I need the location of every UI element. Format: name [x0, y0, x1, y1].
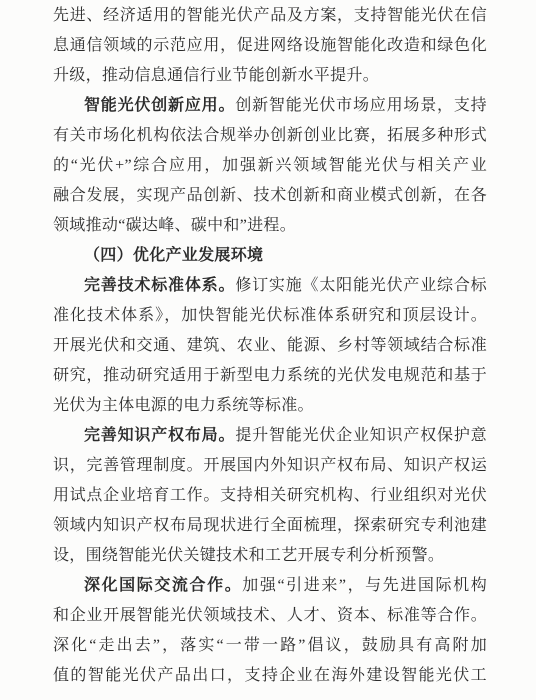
- text-line: 光伏为主体电源的电力系统等标准。: [53, 391, 487, 421]
- line-text: 先进、经济适用的智能光伏产品及方案，支持智能光伏在信: [53, 7, 487, 24]
- line-text: 用试点企业培育工作。支持相关研究机构、行业组织对光伏: [53, 487, 487, 504]
- text-line: 值的智能光伏产品出口，支持企业在海外建设智能光伏工: [53, 661, 487, 691]
- line-text: 修订实施《太阳能光伏产业综合标: [235, 277, 487, 294]
- text-line: 有关市场化机构依法合规举办创新创业比赛，拓展多种形式: [53, 121, 487, 151]
- line-text: 领域推动“碳达峰、碳中和”进程。: [53, 217, 296, 234]
- document-page: 先进、经济适用的智能光伏产品及方案，支持智能光伏在信 息通信领域的示范应用，促进…: [0, 0, 536, 700]
- line-text: 融合发展，实现产品创新、技术创新和商业模式创新，在各: [53, 187, 487, 204]
- text-line: 用试点企业培育工作。支持相关研究机构、行业组织对光伏: [53, 481, 487, 511]
- text-line: 开展光伏和交通、建筑、农业、能源、乡村等领域结合标准: [53, 331, 487, 361]
- text-line: 研究，推动研究适用于新型电力系统的光伏发电规范和基于: [53, 361, 487, 391]
- paragraph-first-line: 完善知识产权布局。提升智能光伏企业知识产权保护意: [53, 421, 487, 451]
- paragraph-first-line: 完善技术标准体系。修订实施《太阳能光伏产业综合标: [53, 271, 487, 301]
- paragraph-lead-bold: 完善知识产权布局。: [84, 427, 235, 444]
- line-text: 提升智能光伏企业知识产权保护意: [235, 427, 487, 444]
- line-text: 的“光伏+”综合应用，加强新兴领域智能光伏与相关产业: [53, 157, 487, 174]
- text-line: 融合发展，实现产品创新、技术创新和商业模式创新，在各: [53, 181, 487, 211]
- line-text: 有关市场化机构依法合规举办创新创业比赛，拓展多种形式: [53, 127, 487, 144]
- text-line: 的“光伏+”综合应用，加强新兴领域智能光伏与相关产业: [53, 151, 487, 181]
- line-text: 识，完善管理制度。开展国内外知识产权布局、知识产权运: [53, 457, 487, 474]
- line-text: 领域内知识产权布局现状进行全面梳理，探索研究专利池建: [53, 517, 487, 534]
- line-text: 深化“走出去”，落实“一带一路”倡议，鼓励具有高附加: [53, 637, 487, 654]
- text-line: 识，完善管理制度。开展国内外知识产权布局、知识产权运: [53, 451, 487, 481]
- text-line: 准化技术体系》，加快智能光伏标准体系研究和顶层设计。: [53, 301, 487, 331]
- text-line: 领域内知识产权布局现状进行全面梳理，探索研究专利池建: [53, 511, 487, 541]
- text-line: 设，围绕智能光伏关键技术和工艺开展专利分析预警。: [53, 541, 487, 571]
- paragraph-lead-bold: 完善技术标准体系。: [84, 277, 235, 294]
- line-text: 值的智能光伏产品出口，支持企业在海外建设智能光伏工: [53, 667, 487, 684]
- line-text: 和企业开展智能光伏领域技术、人才、资本、标准等合作。: [53, 607, 487, 624]
- line-text: 设，围绕智能光伏关键技术和工艺开展专利分析预警。: [53, 547, 444, 564]
- paragraph-lead-bold: 智能光伏创新应用。: [84, 97, 235, 114]
- section-heading-text: （四）优化产业发展环境: [84, 247, 263, 264]
- line-text: 加强“引进来”，与先进国际机构: [242, 577, 487, 594]
- line-text: 息通信领域的示范应用，促进网络设施智能化改造和绿色化: [53, 37, 487, 54]
- line-text: 研究，推动研究适用于新型电力系统的光伏发电规范和基于: [53, 367, 487, 384]
- text-line: 息通信领域的示范应用，促进网络设施智能化改造和绿色化: [53, 31, 487, 61]
- text-line: 先进、经济适用的智能光伏产品及方案，支持智能光伏在信: [53, 1, 487, 31]
- section-heading: （四）优化产业发展环境: [53, 241, 487, 271]
- line-text: 升级，推动信息通信行业节能创新水平提升。: [53, 67, 379, 84]
- line-text: 光伏为主体电源的电力系统等标准。: [53, 397, 314, 414]
- line-text: 创新智能光伏市场应用场景，支持: [235, 97, 487, 114]
- line-text: 准化技术体系》，加快智能光伏标准体系研究和顶层设计。: [53, 307, 487, 324]
- text-line: 升级，推动信息通信行业节能创新水平提升。: [53, 61, 487, 91]
- text-line: 领域推动“碳达峰、碳中和”进程。: [53, 211, 487, 241]
- paragraph-first-line: 智能光伏创新应用。创新智能光伏市场应用场景，支持: [53, 91, 487, 121]
- line-text: 开展光伏和交通、建筑、农业、能源、乡村等领域结合标准: [53, 337, 487, 354]
- paragraph-first-line: 深化国际交流合作。加强“引进来”，与先进国际机构: [53, 571, 487, 601]
- text-line: 深化“走出去”，落实“一带一路”倡议，鼓励具有高附加: [53, 631, 487, 661]
- paragraph-lead-bold: 深化国际交流合作。: [84, 577, 242, 594]
- text-line: 和企业开展智能光伏领域技术、人才、资本、标准等合作。: [53, 601, 487, 631]
